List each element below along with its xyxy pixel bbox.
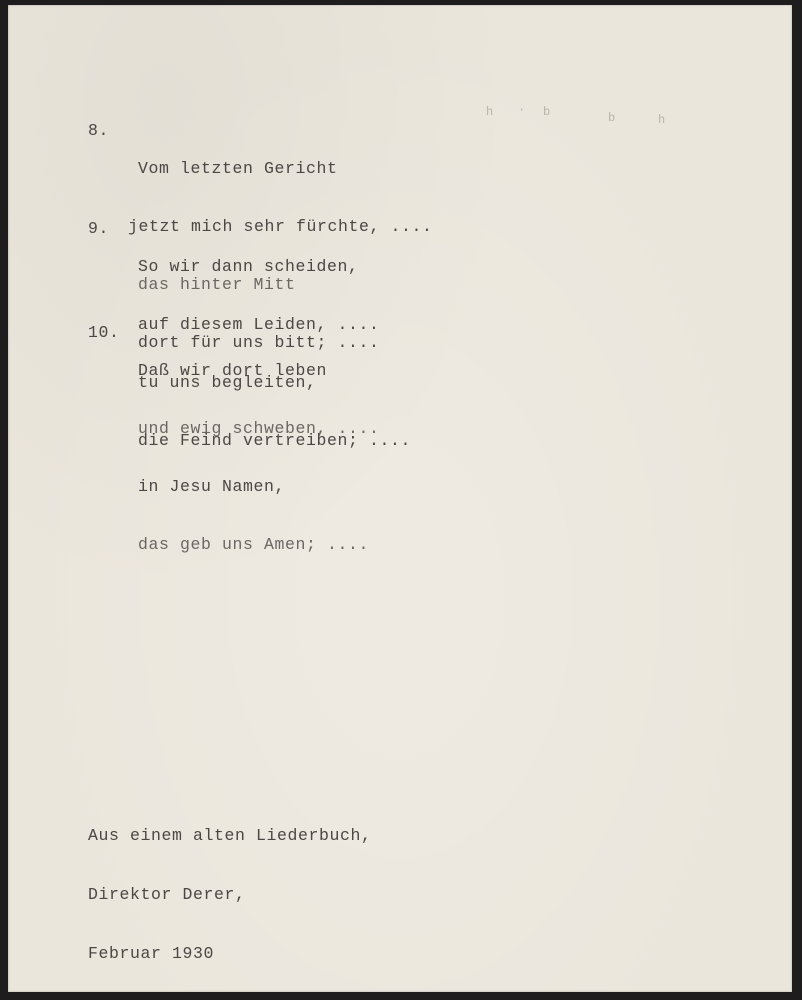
bleed-through-mark: b (543, 105, 550, 119)
attribution: Aus einem alten Liederbuch, Direktor Der… (88, 787, 372, 1000)
bleed-through-mark: h (658, 113, 665, 127)
verse-line: Daß wir dort leben (138, 361, 380, 381)
stanza-9: 9. So wir dann scheiden, auf diesem Leid… (88, 219, 130, 295)
attribution-author: Direktor Derer, (88, 884, 372, 905)
stanza-lines: Daß wir dort leben und ewig schweben, ..… (138, 323, 380, 593)
stanza-number: 9. (88, 219, 109, 238)
typewritten-page: h · b b h 8. Vom letzten Gericht jetzt m… (8, 5, 792, 992)
verse-line: und ewig schweben, .... (138, 419, 380, 439)
verse-line: in Jesu Namen, (138, 477, 380, 497)
verse-line: So wir dann scheiden, (138, 257, 411, 277)
stanza-10: 10. Daß wir dort leben und ewig schweben… (88, 323, 130, 399)
attribution-source: Aus einem alten Liederbuch, (88, 825, 372, 846)
stanza-number: 8. (88, 121, 109, 140)
stanza-number: 10. (88, 323, 120, 342)
verse-line: Vom letzten Gericht (138, 159, 433, 179)
bleed-through-mark: b (608, 111, 615, 125)
bleed-through-mark: h (486, 105, 493, 119)
bleed-through-mark: · (518, 103, 525, 117)
verse-line: das geb uns Amen; .... (138, 535, 380, 555)
stanza-8: 8. Vom letzten Gericht jetzt mich sehr f… (88, 121, 130, 197)
attribution-date: Februar 1930 (88, 943, 372, 964)
